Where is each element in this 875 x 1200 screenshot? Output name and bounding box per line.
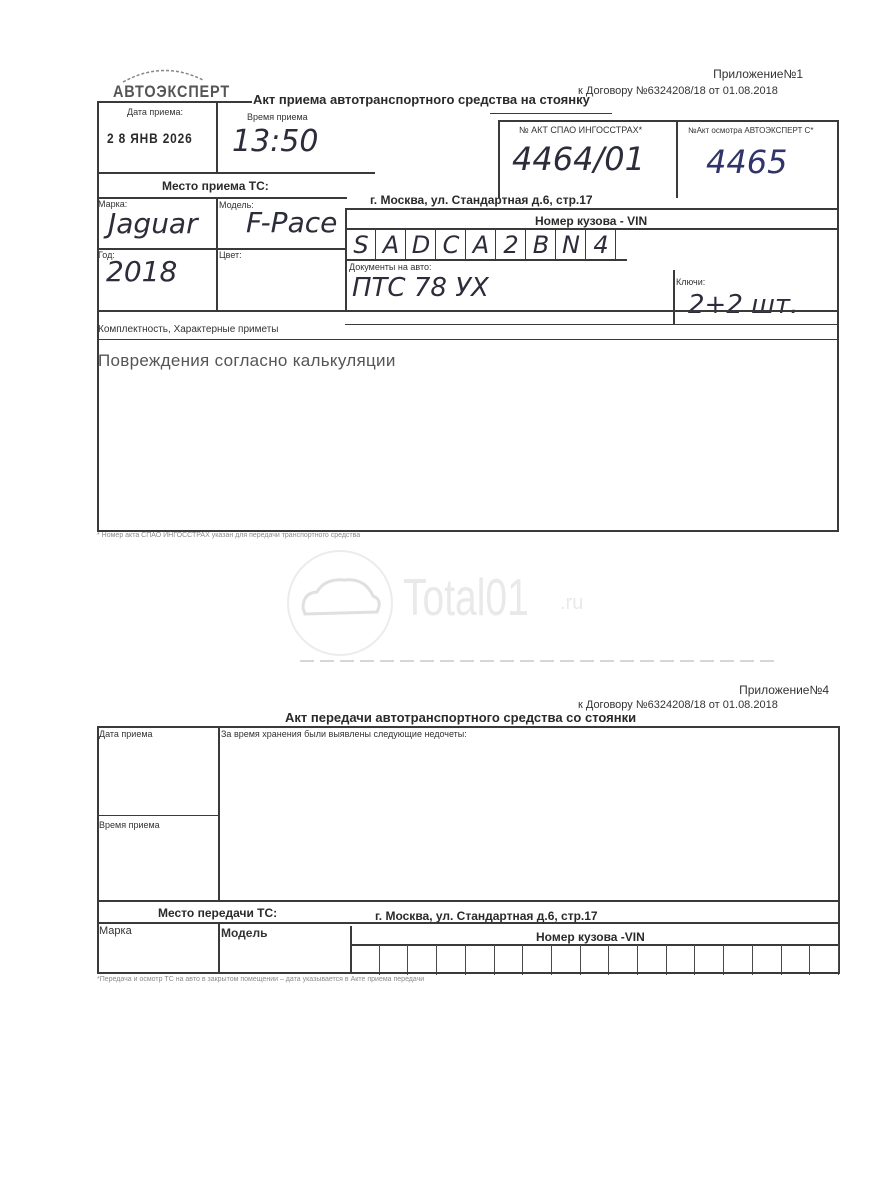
place-value: г. Москва, ул. Стандартная д.6, стр.17 xyxy=(370,193,593,207)
appendix-number: Приложение№1 xyxy=(713,67,803,81)
contract-reference: к Договору №6324208/18 от 01.08.2018 xyxy=(578,85,778,97)
ingos-act-value: 4464/01 xyxy=(512,140,645,178)
vin-empty-cell xyxy=(609,945,638,975)
defects-label: За время хранения были выявлены следующи… xyxy=(221,729,467,739)
model-value: F-Pace xyxy=(246,206,337,239)
vin-char-cell: A xyxy=(377,230,406,259)
vin-char-cell: 2 xyxy=(497,230,526,259)
completeness-value: Повреждения согласно калькуляции xyxy=(98,351,396,371)
logo-arc-icon xyxy=(118,62,208,84)
vin-char-cell: C xyxy=(437,230,466,259)
vin-empty-cell xyxy=(495,945,524,975)
color-label: Цвет: xyxy=(219,250,242,260)
inspection-act-label: №Акт осмотра АВТОЭКСПЕРТ С* xyxy=(688,126,813,135)
vin-char-cell: N xyxy=(557,230,586,259)
make-label-2: Марка xyxy=(99,925,132,937)
place-value-2: г. Москва, ул. Стандартная д.6, стр.17 xyxy=(375,909,598,923)
form-title-2: Акт передачи автотранспортного средства … xyxy=(285,710,636,725)
footnote: * Номер акта СПАО ИНГОССТРАХ указан для … xyxy=(97,532,360,539)
vin-empty-cell xyxy=(437,945,466,975)
vin-empty-cell xyxy=(351,945,380,975)
date-label: Дата приема: xyxy=(127,107,183,117)
place-label: Место приема ТС: xyxy=(162,179,269,193)
vin-empty-cell xyxy=(667,945,696,975)
vin-empty-cell xyxy=(753,945,782,975)
completeness-label: Комплектность, Характерные приметы xyxy=(98,324,279,335)
vin-empty-cell xyxy=(408,945,437,975)
inspection-act-value: 4465 xyxy=(706,143,787,181)
vin-label-2: Номер кузова -VIN xyxy=(536,930,645,944)
keys-label: Ключи: xyxy=(676,277,705,287)
vin-empty-cell xyxy=(380,945,409,975)
vin-empty-cell xyxy=(782,945,811,975)
vin-cells-2 xyxy=(351,945,839,973)
footnote-2: *Передача и осмотр ТС на авто в закрытом… xyxy=(97,976,424,983)
make-value: Jaguar xyxy=(108,207,198,240)
vin-empty-cell xyxy=(581,945,610,975)
model-label-2: Модель xyxy=(221,926,267,940)
vin-char-cell: 4 xyxy=(587,230,616,259)
vin-empty-cell xyxy=(552,945,581,975)
vin-cells: SADCA2BN4 xyxy=(347,230,627,260)
watermark-car-icon xyxy=(285,548,395,658)
date-stamp: 2 8 ЯНВ 2026 xyxy=(107,130,193,146)
place-label-2: Место передачи ТС: xyxy=(158,906,277,920)
appendix-number-2: Приложение№4 xyxy=(739,683,829,697)
watermark-brand: Total01 xyxy=(403,568,529,628)
vin-char-cell: S xyxy=(347,230,376,259)
vin-empty-cell xyxy=(810,945,839,975)
time-label-2: Время приема xyxy=(99,820,160,830)
vin-empty-cell xyxy=(523,945,552,975)
watermark-tld: .ru xyxy=(560,592,583,615)
vin-empty-cell xyxy=(695,945,724,975)
documents-label: Документы на авто: xyxy=(349,262,432,272)
time-label: Время приема xyxy=(247,112,308,122)
vin-char-cell: A xyxy=(467,230,496,259)
vin-char-cell: B xyxy=(527,230,556,259)
vin-empty-cell xyxy=(466,945,495,975)
vin-label: Номер кузова - VIN xyxy=(535,214,647,228)
year-value: 2018 xyxy=(106,255,177,288)
autoexpert-logo: АВТОЭКСПЕРТ xyxy=(113,82,230,102)
ingos-act-label: № АКТ СПАО ИНГОССТРАХ* xyxy=(519,125,642,135)
date-label-2: Дата приема xyxy=(99,729,153,739)
vin-char-cell: D xyxy=(407,230,436,259)
vin-empty-cell xyxy=(638,945,667,975)
keys-value: 2+2 шт. xyxy=(688,290,798,320)
vin-empty-cell xyxy=(724,945,753,975)
time-value: 13:50 xyxy=(232,124,318,159)
documents-value: ПТС 78 УХ xyxy=(352,273,489,303)
form-title: Акт приема автотранспортного средства на… xyxy=(253,92,590,107)
